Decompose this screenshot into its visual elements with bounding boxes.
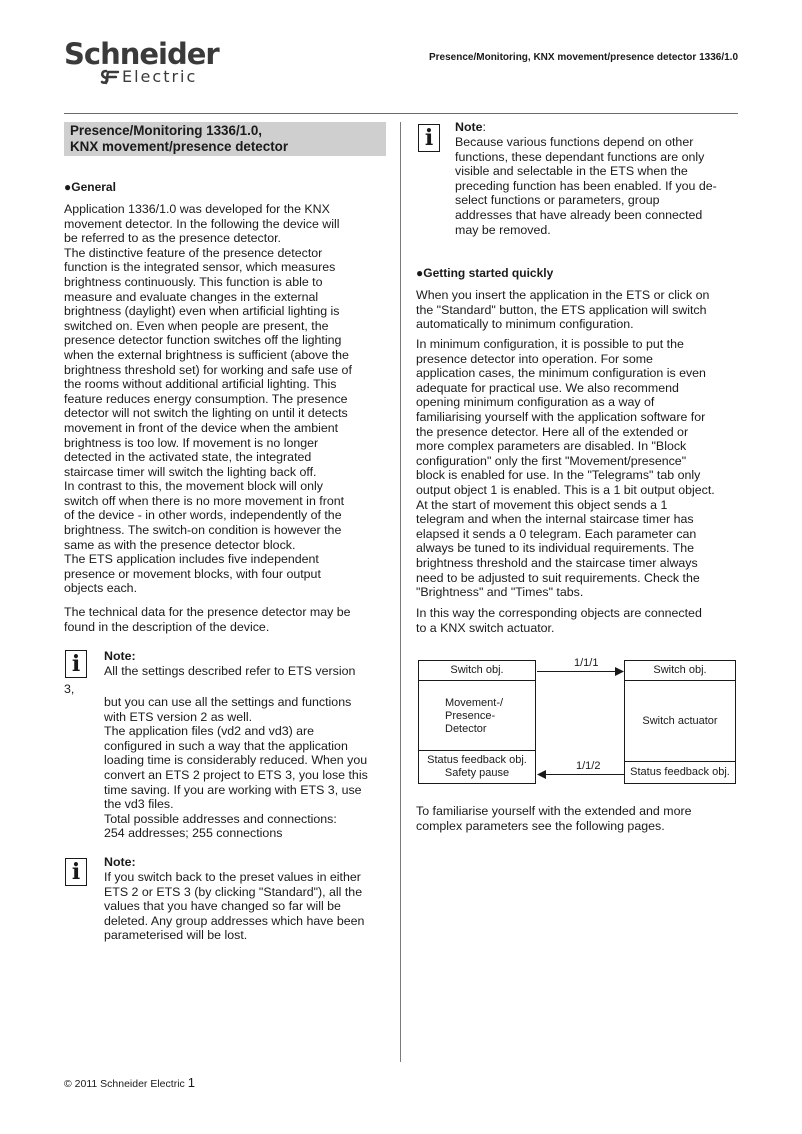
section-heading-getting-started: ●Getting started quickly bbox=[416, 266, 553, 280]
text-line: parameterised will be lost. bbox=[104, 928, 394, 943]
text-line: function is the integrated sensor, which… bbox=[64, 260, 390, 275]
text-line: To familiarise yourself with the extende… bbox=[416, 804, 746, 819]
header-divider bbox=[64, 113, 738, 114]
note-1-body: but you can use all the settings and fun… bbox=[104, 695, 394, 841]
text-line: to a KNX switch actuator. bbox=[416, 621, 746, 636]
group-address-back: 1/1/2 bbox=[576, 760, 600, 772]
info-icon: i bbox=[418, 124, 440, 152]
note-1-first-line: All the settings described refer to ETS … bbox=[104, 664, 394, 679]
text-line: movement detector. In the following the … bbox=[64, 217, 390, 232]
text-line: brightness. The switch-on condition is h… bbox=[64, 523, 390, 538]
text-line: convert an ETS 2 project to ETS 3, you l… bbox=[104, 768, 394, 783]
note-label: Note: bbox=[455, 120, 486, 134]
text-line: The technical data for the presence dete… bbox=[64, 605, 390, 620]
text-line: In contrast to this, the movement block … bbox=[64, 479, 390, 494]
text-line: visible and selectable in the ETS when t… bbox=[455, 164, 745, 179]
note-label-colon: : bbox=[483, 120, 486, 134]
group-address-forward: 1/1/1 bbox=[574, 657, 598, 669]
text-line: complex parameters see the following pag… bbox=[416, 819, 746, 834]
text-line: opening minimum configuration as a way o… bbox=[416, 395, 746, 410]
section-heading-general: ●General bbox=[64, 180, 116, 194]
text-line: switch off when there is no more movemen… bbox=[64, 494, 390, 509]
text-line: The ETS application includes five indepe… bbox=[64, 552, 390, 567]
note-label: Note: bbox=[104, 855, 136, 869]
text-line: If you switch back to the preset values … bbox=[104, 870, 394, 885]
actuator-switch-obj: Switch obj. bbox=[625, 661, 735, 681]
text-line: Detector bbox=[445, 723, 487, 736]
text-line: the presence detector. Here all of the e… bbox=[416, 425, 746, 440]
text-line: staircase timer will switch the lighting… bbox=[64, 465, 390, 480]
text-line: preceding function has been enabled. If … bbox=[455, 179, 745, 194]
text-line: presence detector function switches off … bbox=[64, 333, 390, 348]
text-line: functions, these dependant functions are… bbox=[455, 150, 745, 165]
text-line: select functions or parameters, group bbox=[455, 193, 745, 208]
text-line: but you can use all the settings and fun… bbox=[104, 695, 394, 710]
text-line: In this way the corresponding objects ar… bbox=[416, 606, 746, 621]
text-line: may be removed. bbox=[455, 223, 745, 238]
text-line: feature reduces energy consumption. The … bbox=[64, 392, 390, 407]
text-line: time saving. If you are working with ETS… bbox=[104, 783, 394, 798]
arrow-forward-line bbox=[537, 671, 617, 672]
text-line: 254 addresses; 255 connections bbox=[104, 826, 394, 841]
text-line: automatically to minimum configuration. bbox=[416, 317, 746, 332]
document-title-line1: Presence/Monitoring 1336/1.0, bbox=[70, 123, 380, 139]
actuator-status-feedback-obj: Status feedback obj. bbox=[625, 761, 735, 783]
text-line: always be tuned to its individual requir… bbox=[416, 541, 746, 556]
arrow-left-icon bbox=[537, 770, 546, 779]
text-line: adequate for practical use. We also reco… bbox=[416, 381, 746, 396]
text-line: Presence- bbox=[445, 710, 495, 723]
text-line: At the start of movement this object sen… bbox=[416, 498, 746, 513]
copyright: © 2011 Schneider Electric bbox=[64, 1078, 188, 1090]
text-line: brightness threshold set) for working an… bbox=[64, 363, 390, 378]
text-line: elapsed it sends a 0 telegram. Each para… bbox=[416, 527, 746, 542]
text-line: measure and evaluate changes in the exte… bbox=[64, 290, 390, 305]
text-line: the rooms without additional artificial … bbox=[64, 377, 390, 392]
text-line: The distinctive feature of the presence … bbox=[64, 246, 390, 261]
info-icon: i bbox=[65, 858, 87, 886]
note-3-body: Because various functions depend on othe… bbox=[455, 135, 745, 237]
text-line: configuration" only the first "Movement/… bbox=[416, 454, 746, 469]
text-line: switched on. Even when people are presen… bbox=[64, 319, 390, 334]
text-line: the vd3 files. bbox=[104, 797, 394, 812]
text-line: brightness is too low. If movement is no… bbox=[64, 436, 390, 451]
text-line: brightness (daylight) even when artifici… bbox=[64, 304, 390, 319]
general-paragraph-2: The technical data for the presence dete… bbox=[64, 605, 390, 634]
text-line: addresses that have already been connect… bbox=[455, 208, 745, 223]
detector-switch-obj: Switch obj. bbox=[419, 661, 535, 681]
text-line: found in the description of the device. bbox=[64, 620, 390, 635]
page-footer: © 2011 Schneider Electric 1 bbox=[64, 1075, 195, 1090]
getting-started-paragraph-3: In this way the corresponding objects ar… bbox=[416, 606, 746, 635]
note-label-text: Note bbox=[455, 120, 483, 134]
text-line: movement in front of the device when the… bbox=[64, 421, 390, 436]
detector-label: Movement-/ Presence- Detector bbox=[419, 683, 535, 749]
arrow-back-line bbox=[544, 774, 624, 775]
text-line: ETS 2 or ETS 3 (by clicking "Standard"),… bbox=[104, 885, 394, 900]
text-line: Movement-/ bbox=[445, 697, 503, 710]
text-line: the "Standard" button, the ETS applicati… bbox=[416, 303, 746, 318]
switch-actuator-box: Switch obj. Switch actuator Status feedb… bbox=[624, 660, 736, 784]
text-line: "Brightness" and "Times" tabs. bbox=[416, 585, 746, 600]
general-paragraph-1: Application 1336/1.0 was developed for t… bbox=[64, 202, 390, 596]
text-line: familiarising yourself with the applicat… bbox=[416, 410, 746, 425]
presence-detector-box: Switch obj. Movement-/ Presence- Detecto… bbox=[418, 660, 536, 784]
text-line: Application 1336/1.0 was developed for t… bbox=[64, 202, 390, 217]
document-title-line2: KNX movement/presence detector bbox=[70, 139, 380, 155]
text-line: telegram and when the internal staircase… bbox=[416, 512, 746, 527]
text-line: same as with the presence detector block… bbox=[64, 538, 390, 553]
detector-status-feedback-obj: Status feedback obj. Safety pause bbox=[419, 750, 535, 783]
info-icon: i bbox=[65, 650, 87, 678]
closing-paragraph: To familiarise yourself with the extende… bbox=[416, 804, 746, 833]
text-line: Total possible addresses and connections… bbox=[104, 812, 394, 827]
text-line: Because various functions depend on othe… bbox=[455, 135, 745, 150]
getting-started-paragraph-1: When you insert the application in the E… bbox=[416, 288, 746, 332]
text-line: detected in the activated state, the int… bbox=[64, 450, 390, 465]
text-line: presence or movement blocks, with four o… bbox=[64, 567, 390, 582]
text-line: of the device - in other words, independ… bbox=[64, 508, 390, 523]
text-line: objects each. bbox=[64, 581, 390, 596]
text-line: The application files (vd2 and vd3) are bbox=[104, 724, 394, 739]
text-line: output object 1 is enabled. This is a 1 … bbox=[416, 483, 746, 498]
logo-wordmark-bottom: Electric bbox=[122, 69, 197, 85]
running-header-title: Presence/Monitoring, KNX movement/presen… bbox=[429, 52, 738, 63]
text-line: when the external brightness is sufficie… bbox=[64, 348, 390, 363]
text-line: deleted. Any group addresses which have … bbox=[104, 914, 394, 929]
text-line: When you insert the application in the E… bbox=[416, 288, 746, 303]
text-line: brightness threshold and the staircase t… bbox=[416, 556, 746, 571]
document-title: Presence/Monitoring 1336/1.0, KNX moveme… bbox=[64, 122, 386, 156]
note-label: Note: bbox=[104, 649, 136, 663]
schneider-electric-logo: Schneider Electric bbox=[64, 40, 214, 85]
text-line: configured in such a way that the applic… bbox=[104, 739, 394, 754]
note-2-body: If you switch back to the preset values … bbox=[104, 870, 394, 943]
arrow-right-icon bbox=[615, 667, 624, 676]
column-divider bbox=[400, 122, 401, 1062]
text-line: with ETS version 2 as well. bbox=[104, 710, 394, 725]
text-line: more complex parameters are disabled. In… bbox=[416, 439, 746, 454]
text-line: loading time is considerably reduced. Wh… bbox=[104, 753, 394, 768]
text-line: values that you have changed so far will… bbox=[104, 899, 394, 914]
connection-diagram: Switch obj. Movement-/ Presence- Detecto… bbox=[418, 657, 738, 787]
schneider-logo-mark-icon bbox=[100, 69, 120, 85]
text-line: brightness continuously. This function i… bbox=[64, 275, 390, 290]
text-line: Safety pause bbox=[445, 767, 509, 780]
text-line: In minimum configuration, it is possible… bbox=[416, 337, 746, 352]
getting-started-paragraph-2: In minimum configuration, it is possible… bbox=[416, 337, 746, 600]
actuator-label: Switch actuator bbox=[625, 683, 735, 759]
page-number: 1 bbox=[188, 1075, 195, 1090]
text-line: detector will not switch the lighting on… bbox=[64, 406, 390, 421]
text-line: be referred to as the presence detector. bbox=[64, 231, 390, 246]
note-1-wrap: 3, bbox=[64, 682, 74, 697]
text-line: Status feedback obj. bbox=[427, 754, 527, 767]
text-line: block is enabled for use. In the "Telegr… bbox=[416, 468, 746, 483]
text-line: need to be adjusted to suit requirements… bbox=[416, 571, 746, 586]
text-line: presence detector into operation. For so… bbox=[416, 352, 746, 367]
logo-wordmark-top: Schneider bbox=[64, 40, 214, 68]
text-line: application cases, the minimum configura… bbox=[416, 366, 746, 381]
